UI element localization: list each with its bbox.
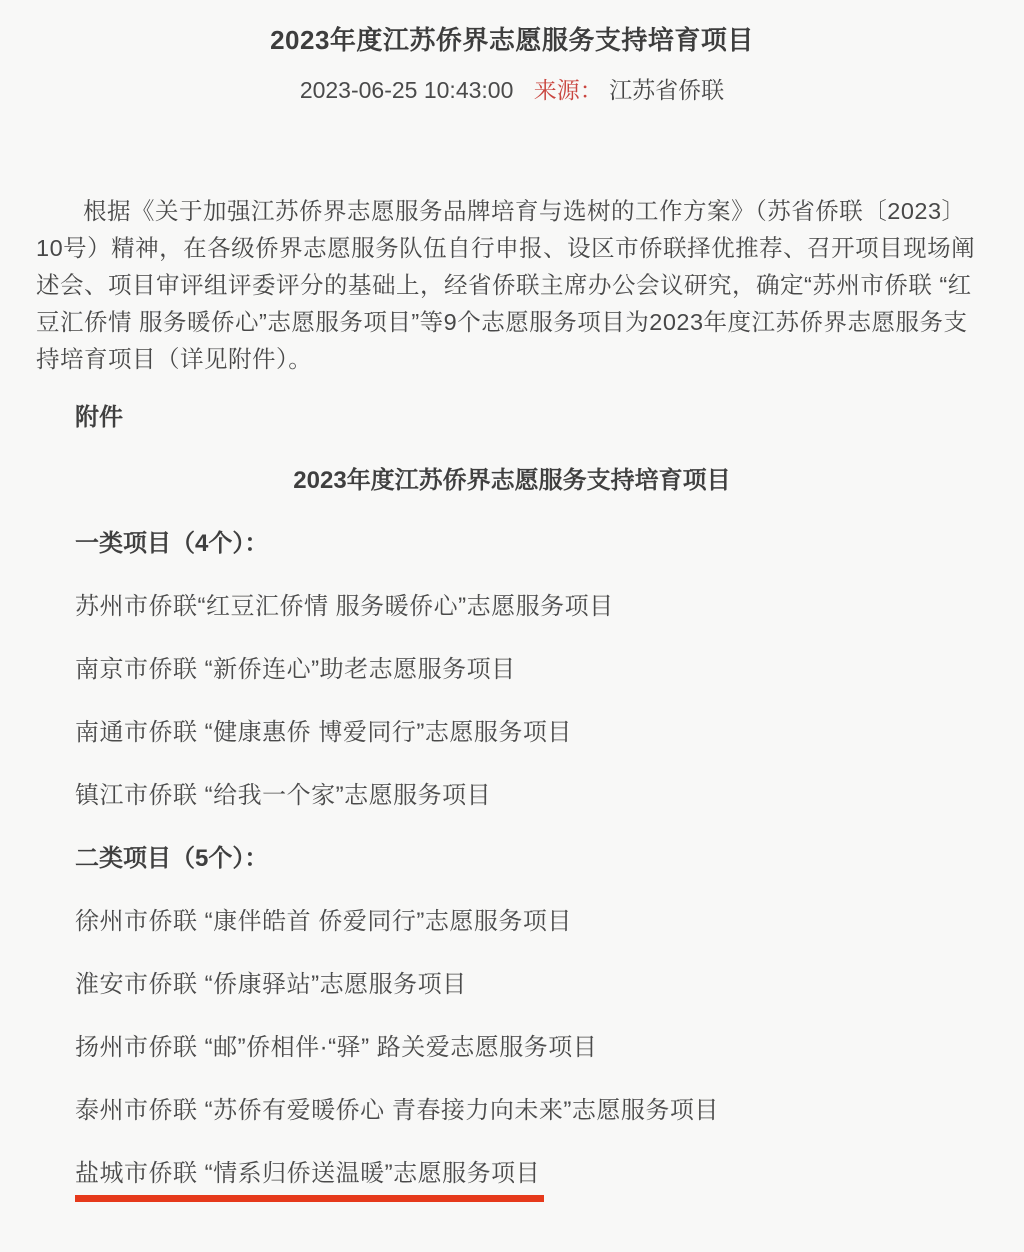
project-item-nanjing: 南京市侨联 “新侨连心”助老志愿服务项目 — [75, 657, 988, 683]
project-item-xuzhou: 徐州市侨联 “康伴皓首 侨爱同行”志愿服务项目 — [75, 909, 988, 935]
article-meta: 2023-06-25 10:43:00 来源： 江苏省侨联 — [36, 72, 988, 105]
article-page: 2023年度江苏侨界志愿服务支持培育项目 2023-06-25 10:43:00… — [0, 0, 1024, 1252]
project-item-yangzhou: 扬州市侨联 “邮”侨相伴·“驿” 路关爱志愿服务项目 — [75, 1035, 988, 1061]
project-item-nantong: 南通市侨联 “健康惠侨 博爱同行”志愿服务项目 — [75, 720, 988, 746]
project-item-suzhou: 苏州市侨联“红豆汇侨情 服务暖侨心”志愿服务项目 — [75, 594, 988, 620]
project-item-yancheng-highlighted: 盐城市侨联 “情系归侨送温暖”志愿服务项目 — [75, 1161, 544, 1202]
attachment-title: 2023年度江苏侨界志愿服务支持培育项目 — [36, 468, 988, 494]
project-item-taizhou: 泰州市侨联 “苏侨有爱暖侨心 青春接力向未来”志愿服务项目 — [75, 1098, 988, 1124]
project-item-zhenjiang: 镇江市侨联 “给我一个家”志愿服务项目 — [75, 783, 988, 809]
project-item-yancheng-wrap: 盐城市侨联 “情系归侨送温暖”志愿服务项目 — [75, 1161, 988, 1202]
page-title: 2023年度江苏侨界志愿服务支持培育项目 — [36, 24, 988, 56]
article-body-paragraph: 根据《关于加强江苏侨界志愿服务品牌培育与选树的工作方案》（苏省侨联〔2023〕1… — [36, 193, 988, 378]
publish-date: 2023-06-25 10:43:00 — [300, 77, 514, 103]
attachment-label: 附件 — [75, 405, 988, 431]
source-label: 来源： — [534, 77, 603, 103]
category2-heading: 二类项目（5个）： — [75, 846, 988, 872]
category1-heading: 一类项目（4个）： — [75, 531, 988, 557]
project-item-huaian: 淮安市侨联 “侨康驿站”志愿服务项目 — [75, 972, 988, 998]
source-name: 江苏省侨联 — [609, 77, 724, 103]
